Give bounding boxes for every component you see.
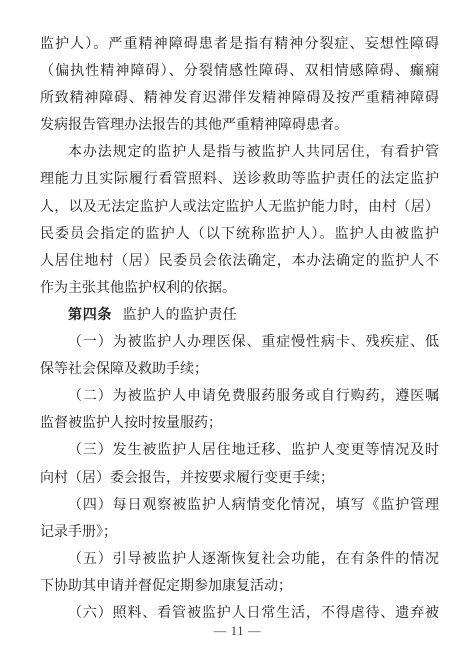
text-line: 所致精神障碍、精神发育迟滞伴发精神障碍及按严重精神障碍 (40, 85, 439, 112)
text-line: 监督被监护人按时按量服药； (40, 410, 439, 437)
text-line: 监护人）。严重精神障碍患者是指有精神分裂症、妄想性障碍 (40, 31, 439, 58)
text-line: （偏执性精神障碍）、分裂情感性障碍、双相情感障碍、癫痫 (40, 58, 439, 85)
duty-item-3: （三）发生被监护人居住地迁移、监护人变更等情况及时向村（居）委会报告，并按要求履… (40, 437, 439, 491)
document-page: 监护人）。严重精神障碍患者是指有精神分裂症、妄想性障碍（偏执性精神障碍）、分裂情… (0, 0, 475, 670)
text-line: （一）为被监护人办理医保、重症慢性病卡、残疾症、低 (40, 329, 439, 356)
text-line: （四）每日观察被监护人病情变化情况，填写《监护管理 (40, 492, 439, 519)
text-line: 记录手册》； (40, 519, 439, 546)
duty-item-4: （四）每日观察被监护人病情变化情况，填写《监护管理记录手册》； (40, 492, 439, 546)
text-line: 民委员会指定的监护人（以下统称监护人）。监护人由被监护 (40, 221, 439, 248)
article-number: 第四条 (68, 308, 112, 323)
text-line: 人居住地村（居）民委员会依法确定，本办法确定的监护人不 (40, 248, 439, 275)
text-line: 理能力且实际履行看管照料、送诊救助等监护责任的法定监护 (40, 166, 439, 193)
text-line: （二）为被监护人申请免费服药服务或自行购药，遵医嘱 (40, 383, 439, 410)
text-line: （六）照料、看管被监护人日常生活，不得虐待、遗弃被 (40, 600, 439, 627)
text-line: 向村（居）委会报告，并按要求履行变更手续； (40, 465, 439, 492)
duty-item-6: （六）照料、看管被监护人日常生活，不得虐待、遗弃被 (40, 600, 439, 627)
duty-item-2: （二）为被监护人申请免费服药服务或自行购药，遵医嘱监督被监护人按时按量服药； (40, 383, 439, 437)
page-number: — 11 — (0, 624, 475, 639)
text-line: 下协助其申请并督促定期参加康复活动； (40, 573, 439, 600)
text-line: 保等社会保障及救助手续； (40, 356, 439, 383)
text-line: 作为主张其他监护权利的依据。 (40, 275, 439, 302)
article-4-heading: 第四条监护人的监护责任 (40, 302, 439, 329)
paragraph-guardian-definition: 本办法规定的监护人是指与被监护人共同居住，有看护管理能力且实际履行看管照料、送诊… (40, 139, 439, 302)
text-line: 发病报告管理办法报告的其他严重精神障碍患者。 (40, 112, 439, 139)
text-line: （五）引导被监护人逐渐恢复社会功能，在有条件的情况 (40, 546, 439, 573)
article-title: 监护人的监护责任 (123, 308, 237, 323)
paragraph-continuation: 监护人）。严重精神障碍患者是指有精神分裂症、妄想性障碍（偏执性精神障碍）、分裂情… (40, 31, 439, 139)
text-line: （三）发生被监护人居住地迁移、监护人变更等情况及时 (40, 437, 439, 464)
text-line: 人，以及无法定监护人或法定监护人无监护能力时，由村（居） (40, 194, 439, 221)
document-body: 监护人）。严重精神障碍患者是指有精神分裂症、妄想性障碍（偏执性精神障碍）、分裂情… (40, 31, 439, 627)
text-line: 本办法规定的监护人是指与被监护人共同居住，有看护管 (40, 139, 439, 166)
duty-item-5: （五）引导被监护人逐渐恢复社会功能，在有条件的情况下协助其申请并督促定期参加康复… (40, 546, 439, 600)
duty-item-1: （一）为被监护人办理医保、重症慢性病卡、残疾症、低保等社会保障及救助手续； (40, 329, 439, 383)
